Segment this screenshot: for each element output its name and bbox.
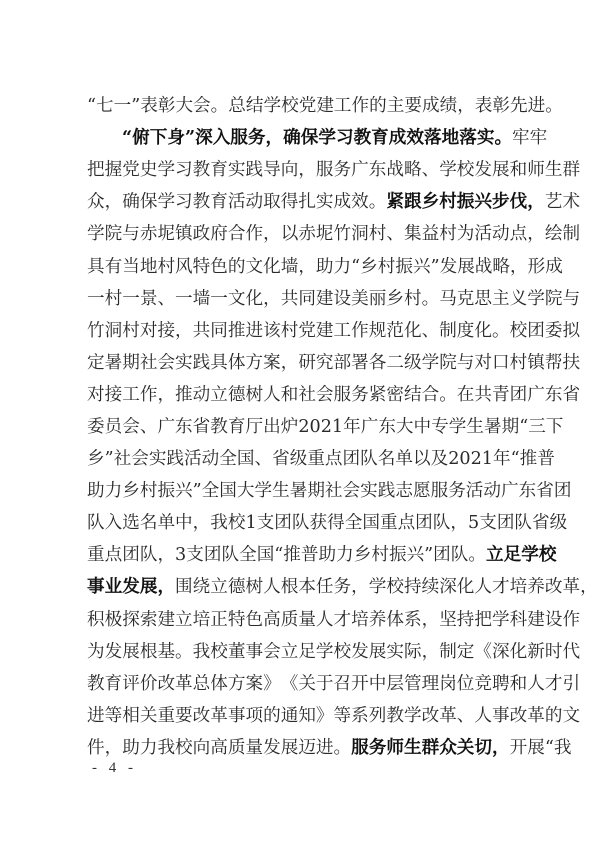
bold-text-char: 足 (504, 542, 522, 568)
text-char: 基 (157, 639, 175, 665)
text-char: ， (105, 735, 123, 761)
text-char: 实 (360, 478, 378, 504)
text-char: 单 (157, 510, 175, 536)
bold-text-char: 步 (492, 189, 510, 215)
text-char: 校 (210, 639, 228, 665)
text-char: 署 (351, 350, 369, 376)
text-char: 支 (479, 510, 497, 536)
text-char: 习 (175, 189, 193, 215)
text-char: 群 (562, 157, 580, 183)
text-char: 省 (532, 510, 550, 536)
text-char: 力 (336, 542, 354, 568)
text-char: “ (545, 735, 554, 761)
text-char: 学 (263, 93, 281, 119)
text-char: 七 (96, 93, 114, 119)
text-char: 导 (263, 157, 281, 183)
text-char: 质 (228, 735, 246, 761)
text-char: 进 (245, 318, 263, 344)
text-char: 化 (245, 286, 263, 312)
text-line: 教育评价改革总体方案》《关于召开中层管理岗位竞聘和人才引 (87, 668, 523, 700)
text-char: 确 (122, 189, 140, 215)
text-char: 具 (87, 254, 105, 280)
text-char: 总 (193, 671, 211, 697)
text-char: 学 (422, 350, 440, 376)
text-char: 研 (298, 350, 316, 376)
text-char: 村 (281, 318, 299, 344)
text-char: 学 (527, 286, 545, 312)
text-char: 保 (140, 189, 158, 215)
text-char: 东 (519, 478, 537, 504)
text-char: 大 (175, 93, 193, 119)
text-char: 期 (122, 350, 140, 376)
text-char: 。 (492, 318, 510, 344)
text-char: 件 (87, 735, 105, 761)
bold-text-char: 学 (521, 542, 539, 568)
text-char: 价 (140, 671, 158, 697)
bold-text-char: 兴 (474, 189, 492, 215)
text-char: 乡 (360, 254, 378, 280)
text-char: 国 (219, 478, 237, 504)
text-char: 以 (413, 446, 431, 472)
text-char: 的 (263, 703, 281, 729)
text-char: 助 (319, 542, 337, 568)
text-char: 结 (246, 93, 264, 119)
text-char: 选 (122, 510, 140, 536)
bold-text-char: 关 (457, 735, 475, 761)
text-char: 社 (114, 446, 132, 472)
text-char: 学 (492, 607, 510, 633)
text-char: 进 (528, 93, 546, 119)
bold-text-char: 育 (371, 125, 389, 151)
text-char: 发 (351, 639, 369, 665)
text-char: 校 (510, 318, 528, 344)
text-char: 案 (263, 350, 281, 376)
bold-text-char: 群 (422, 735, 440, 761)
text-char: 总 (228, 93, 246, 119)
text-char: 团 (554, 478, 572, 504)
text-char: 史 (140, 157, 158, 183)
text-char: 改 (157, 671, 175, 697)
text-char: 制 (439, 318, 457, 344)
text-char: ” (424, 542, 433, 568)
text-char: 务 (334, 157, 352, 183)
text-char: 知 (298, 703, 316, 729)
text-char: 赤 (140, 221, 158, 247)
text-char: 合 (422, 382, 440, 408)
bold-text-char: 校 (539, 542, 557, 568)
text-char: 开 (510, 735, 528, 761)
text-char: 年 (343, 414, 361, 440)
text-char: 建 (316, 93, 334, 119)
text-char: 镇 (175, 221, 193, 247)
text-char: 积 (87, 607, 105, 633)
text-char: 极 (105, 607, 123, 633)
text-char: 坭 (157, 221, 175, 247)
text-char: 专 (431, 414, 449, 440)
page-number: - 4 - (92, 760, 137, 777)
bold-text-char: 身 (167, 125, 185, 151)
text-char: 才 (545, 671, 563, 697)
bold-text-char: 紧 (386, 189, 404, 215)
text-char: 同 (210, 318, 228, 344)
text-char: 名 (140, 510, 158, 536)
text-char: 续 (422, 574, 440, 600)
text-char: 进 (316, 735, 334, 761)
text-char: 社 (298, 382, 316, 408)
text-char: 人 (527, 671, 545, 697)
text-char: 学 (404, 703, 422, 729)
text-char: 的 (545, 703, 563, 729)
text-char: 助 (316, 254, 334, 280)
text-char: 量 (245, 735, 263, 761)
text-char: 成 (545, 254, 563, 280)
text-char: 学 (369, 574, 387, 600)
text-line: 为发展根基。我校董事会立足学校发展实际，制定《深化新时代 (87, 636, 523, 668)
text-char: 入 (105, 510, 123, 536)
text-char: 艺 (545, 189, 563, 215)
text-char: 团 (510, 382, 528, 408)
bold-text-char: 切 (474, 735, 492, 761)
text-char: 共 (281, 286, 299, 312)
text-line: 委员会、广东省教育厅出炉2021年广东大中专学生暑期“三下 (87, 411, 523, 443)
text-char: 根 (281, 574, 299, 600)
text-char: 作 (352, 93, 370, 119)
text-line: 积极探索建立培正特色高质量人才培养体系，坚持把学科建设作 (87, 604, 523, 636)
text-char: 要 (404, 93, 422, 119)
text-char: 校 (334, 639, 352, 665)
text-char: 赤 (298, 221, 316, 247)
text-char: 广 (501, 478, 519, 504)
text-char: 成 (334, 189, 352, 215)
bold-text-char: 务 (369, 735, 387, 761)
text-char: 案 (245, 671, 263, 697)
text-char: “ (511, 446, 520, 472)
text-char: 全 (345, 510, 363, 536)
text-char: 会 (193, 93, 211, 119)
text-char: 师 (527, 157, 545, 183)
text-char: 教 (386, 703, 404, 729)
text-char: 活 (466, 478, 484, 504)
text-char: 握 (105, 157, 123, 183)
text-char: 地 (140, 254, 158, 280)
bold-text-char: 服 (230, 125, 248, 151)
text-char: 重 (87, 542, 105, 568)
text-char: 立 (175, 607, 193, 633)
text-char: 践 (166, 446, 184, 472)
text-line: “七一”表彰大会。总结学校党建工作的主要成绩，表彰先进。 (87, 90, 523, 122)
text-char: 党 (298, 318, 316, 344)
text-char: 团 (497, 510, 515, 536)
text-char: 。 (468, 542, 486, 568)
text-char: 乡 (354, 542, 372, 568)
text-char: ， (157, 382, 175, 408)
text-char: 向 (193, 735, 211, 761)
text-char: 革 (527, 703, 545, 729)
text-char: ” (105, 446, 114, 472)
text-char: 炉 (281, 414, 299, 440)
text-char: 体 (228, 350, 246, 376)
text-char: 体 (210, 671, 228, 697)
text-char: 实 (228, 157, 246, 183)
text-char: 与 (122, 221, 140, 247)
text-char: 点 (398, 510, 416, 536)
text-char: 竹 (87, 318, 105, 344)
text-line: “俯下身”深入服务，确保学习教育成效落地落实。牢牢 (87, 122, 523, 154)
text-char: 村 (369, 221, 387, 247)
text-char: 紧 (369, 382, 387, 408)
text-char: 人 (316, 607, 334, 633)
text-char: 团 (343, 446, 361, 472)
text-char: 单 (395, 446, 413, 472)
text-char: 索 (140, 607, 158, 633)
text-char: 振 (395, 254, 413, 280)
text-char: 牢 (530, 125, 548, 151)
text-char: 乡 (386, 286, 404, 312)
text-char: 项 (245, 703, 263, 729)
text-char: 兴 (407, 542, 425, 568)
text-char: 育 (228, 414, 246, 440)
text-char: 全 (219, 446, 237, 472)
text-char: 事 (228, 703, 246, 729)
text-char: 彰 (158, 93, 176, 119)
text-char: 务 (351, 382, 369, 408)
text-char: 立 (281, 639, 299, 665)
text-char: 、 (140, 414, 158, 440)
text-char: 开 (351, 671, 369, 697)
text-char: 培 (193, 607, 211, 633)
text-char: 广 (157, 414, 175, 440)
text-char: 教 (193, 157, 211, 183)
text-char: 共 (474, 382, 492, 408)
text-char: 展 (122, 639, 140, 665)
text-char: 团 (204, 542, 222, 568)
text-char: 动 (193, 382, 211, 408)
text-char: 生 (272, 478, 290, 504)
text-char: 东 (175, 414, 193, 440)
text-char: 管 (404, 671, 422, 697)
text-char: 动 (245, 189, 263, 215)
text-char: ， (105, 189, 123, 215)
text-char: ， (351, 574, 369, 600)
text-char: ， (175, 318, 193, 344)
text-char: 马 (439, 286, 457, 312)
text-char: 团 (415, 510, 433, 536)
text-char: 革 (210, 703, 228, 729)
text-char: 等 (334, 703, 352, 729)
text-char: 高 (210, 735, 228, 761)
text-char: 召 (334, 671, 352, 697)
text-char: 主 (387, 93, 405, 119)
bold-text-char: 众 (439, 735, 457, 761)
text-char: 点 (105, 542, 123, 568)
text-char: 暑 (484, 414, 502, 440)
text-char: 向 (281, 157, 299, 183)
text-char: 队 (221, 542, 239, 568)
text-char: 同 (298, 286, 316, 312)
text-char: 方 (228, 671, 246, 697)
text-char: 和 (281, 382, 299, 408)
text-char: 定 (457, 639, 475, 665)
text-char: ， (298, 157, 316, 183)
text-char: 设 (334, 286, 352, 312)
text-char: 持 (457, 607, 475, 633)
text-char: 我 (210, 510, 228, 536)
text-char: 等 (105, 703, 123, 729)
text-char: 高 (263, 607, 281, 633)
bold-text-char: 乡 (422, 189, 440, 215)
text-char: 度 (457, 318, 475, 344)
text-char: 、 (422, 318, 440, 344)
text-char: 共 (193, 318, 211, 344)
bold-text-char: 跟 (404, 189, 422, 215)
text-char: 教 (193, 189, 211, 215)
text-char: 改 (193, 703, 211, 729)
text-char: 学 (449, 414, 467, 440)
text-char: 众 (87, 189, 105, 215)
text-char: 工 (334, 318, 352, 344)
text-char: 探 (122, 607, 140, 633)
text-char: 服 (316, 157, 334, 183)
text-char: ， (422, 639, 440, 665)
text-char: 文 (228, 286, 246, 312)
bold-text-char: 实 (477, 125, 495, 151)
text-char: 任 (316, 574, 334, 600)
bold-text-char: 地 (442, 125, 460, 151)
text-char: 志 (395, 478, 413, 504)
text-char: 队 (292, 510, 310, 536)
text-char: 克 (457, 286, 475, 312)
text-char: 村 (439, 221, 457, 247)
text-char: 院 (439, 350, 457, 376)
text-char: 作 (245, 221, 263, 247)
text-char: 名 (378, 446, 396, 472)
text-char: 展 (281, 735, 299, 761)
text-char: 重 (307, 446, 325, 472)
text-char: 动 (202, 446, 220, 472)
text-char: 立 (210, 382, 228, 408)
text-char: 生 (545, 157, 563, 183)
text-char: 科 (510, 607, 528, 633)
text-line: 竹洞村对接，共同推进该村党建工作规范化、制度化。校团委拟 (87, 315, 523, 347)
text-char: 洞 (105, 318, 123, 344)
text-char: 为 (457, 221, 475, 247)
text-char: 队 (433, 510, 451, 536)
bold-text-char: “ (122, 125, 132, 151)
text-char: 人 (474, 703, 492, 729)
text-char: 团 (527, 318, 545, 344)
text-char: 建 (316, 318, 334, 344)
text-char: 委 (545, 318, 563, 344)
text-char: 及 (431, 446, 449, 472)
text-char: 发 (474, 157, 492, 183)
text-char: 东 (545, 382, 563, 408)
text-char: 改 (510, 703, 528, 729)
text-char: 普 (537, 446, 555, 472)
document-page: “七一”表彰大会。总结学校党建工作的主要成绩，表彰先进。“俯下身”深入服务，确保… (0, 0, 600, 848)
text-char: 特 (228, 607, 246, 633)
text-char: 出 (263, 414, 281, 440)
text-char: 量 (298, 607, 316, 633)
text-char: 战 (475, 254, 493, 280)
text-char: 育 (210, 189, 228, 215)
text-char: 获 (310, 510, 328, 536)
text-char: 评 (122, 671, 140, 697)
text-line: 件，助力我校向高质量发展迈进。服务师生群众关切，开展“我 (87, 732, 523, 764)
text-char: 的 (369, 93, 387, 119)
text-char: 、 (254, 446, 272, 472)
text-line: 众，确保学习教育活动取得扎实成效。紧跟乡村振兴步伐，艺术 (87, 186, 523, 218)
text-char: 暑 (290, 478, 308, 504)
text-char: 。 (439, 382, 457, 408)
text-char: 绩 (440, 93, 458, 119)
text-char: 培 (510, 574, 528, 600)
text-char: 实 (149, 446, 167, 472)
text-char: 助 (122, 735, 140, 761)
text-char: 相 (122, 703, 140, 729)
text-char: 村 (140, 478, 158, 504)
text-char: 育 (105, 671, 123, 697)
text-char: 关 (140, 703, 158, 729)
text-char: 建 (527, 607, 545, 633)
text-char: 学 (439, 157, 457, 183)
text-char: 方 (245, 350, 263, 376)
text-char: 践 (245, 157, 263, 183)
text-char: 村 (157, 254, 175, 280)
text-char: 活 (474, 221, 492, 247)
text-char: 化 (510, 639, 528, 665)
text-char: 习 (175, 157, 193, 183)
text-char: 一 (122, 286, 140, 312)
text-char: 振 (157, 478, 175, 504)
text-char: 作 (562, 607, 580, 633)
text-char: 推 (175, 382, 193, 408)
text-line: 进等相关重要改革事项的通知》等系列教学改革、人事改革的文 (87, 700, 523, 732)
text-char: 展 (369, 639, 387, 665)
text-char: 大 (237, 478, 255, 504)
text-char: 对 (140, 318, 158, 344)
text-char: ， (298, 254, 316, 280)
text-char: ， (527, 221, 545, 247)
text-char: 学 (157, 189, 175, 215)
text-char: 理 (422, 671, 440, 697)
bold-text-char: 确 (283, 125, 301, 151)
text-char: 彰 (492, 93, 510, 119)
text-char: 、 (457, 703, 475, 729)
text-char: “ (87, 93, 96, 119)
text-char: 树 (245, 382, 263, 408)
text-char: 有 (105, 254, 123, 280)
text-char: 文 (245, 254, 263, 280)
text-char: 人 (263, 574, 281, 600)
text-char: 具 (210, 350, 228, 376)
bold-text-char: 俯 (132, 125, 150, 151)
text-char: 才 (334, 607, 352, 633)
text-char: 景 (140, 286, 158, 312)
text-char: 接 (105, 382, 123, 408)
text-char: 拟 (562, 318, 580, 344)
text-char: 活 (228, 189, 246, 215)
text-char: 团 (274, 510, 292, 536)
body-text: “七一”表彰大会。总结学校党建工作的主要成绩，表彰先进。“俯下身”深入服务，确保… (87, 90, 523, 764)
text-char: 全 (239, 542, 257, 568)
text-char: 一 (175, 286, 193, 312)
text-char: ， (263, 286, 281, 312)
text-char: 在 (457, 382, 475, 408)
text-char: 、 (386, 221, 404, 247)
text-char: 省 (562, 382, 580, 408)
text-char: 东 (369, 157, 387, 183)
text-char: 学 (254, 478, 272, 504)
